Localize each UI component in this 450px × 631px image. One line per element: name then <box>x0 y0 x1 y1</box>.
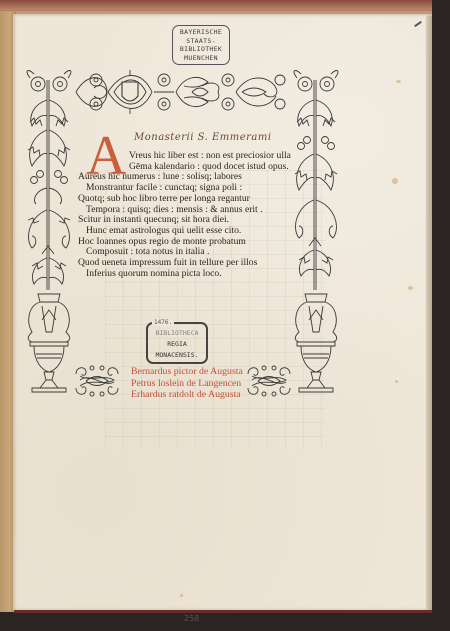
colophon-line: Erhardus ratdolt de Augusta <box>131 389 243 401</box>
knot-ornament-left <box>72 364 122 398</box>
stamp-line: BAYERISCHE <box>173 28 229 37</box>
foxing-stain <box>396 80 401 83</box>
stamp-line: MONACENSIS. <box>148 350 206 361</box>
book-binding-top <box>0 0 432 14</box>
foxing-stain <box>180 594 183 597</box>
stamp-year: 1476. <box>152 319 174 326</box>
stamp-line: BIBLIOTHECA <box>148 328 206 339</box>
left-border-ornament <box>24 70 74 400</box>
verse-text: Vreus hic liber est : non est preciosior… <box>78 151 308 279</box>
foxing-stain <box>392 178 398 184</box>
folio-number: 258 <box>184 614 199 623</box>
library-stamp-top: BAYERISCHE STAATS- BIBLIOTHEK MUENCHEN <box>172 25 230 65</box>
stamp-line: REGIA <box>148 339 206 350</box>
foxing-stain <box>395 380 398 383</box>
stamp-line: MUENCHEN <box>173 54 229 63</box>
colophon-line: Bernardus pictor de Augusta <box>131 366 243 378</box>
ownership-inscription: Monasterii S. Emmerami <box>134 132 272 143</box>
page-bottom-edge <box>14 610 432 613</box>
verse-line: Quotq; sub hoc libro terre per longa reg… <box>78 194 308 205</box>
knot-ornament-right <box>244 364 294 398</box>
stamp-line: STAATS- <box>173 37 229 46</box>
stamp-line: BIBLIOTHEK <box>173 45 229 54</box>
foxing-stain <box>408 286 413 290</box>
library-stamp-regia: BIBLIOTHECA REGIA MONACENSIS. <box>146 322 208 364</box>
page-edges <box>426 16 432 610</box>
colophon-printers: Bernardus pictor de Augusta Petrus losle… <box>131 366 243 401</box>
colophon-line: Petrus loslein de Langencen <box>131 378 243 390</box>
verse-line: Inferius quorum nomina picta loco. <box>78 269 308 280</box>
top-border-ornament <box>72 66 288 118</box>
